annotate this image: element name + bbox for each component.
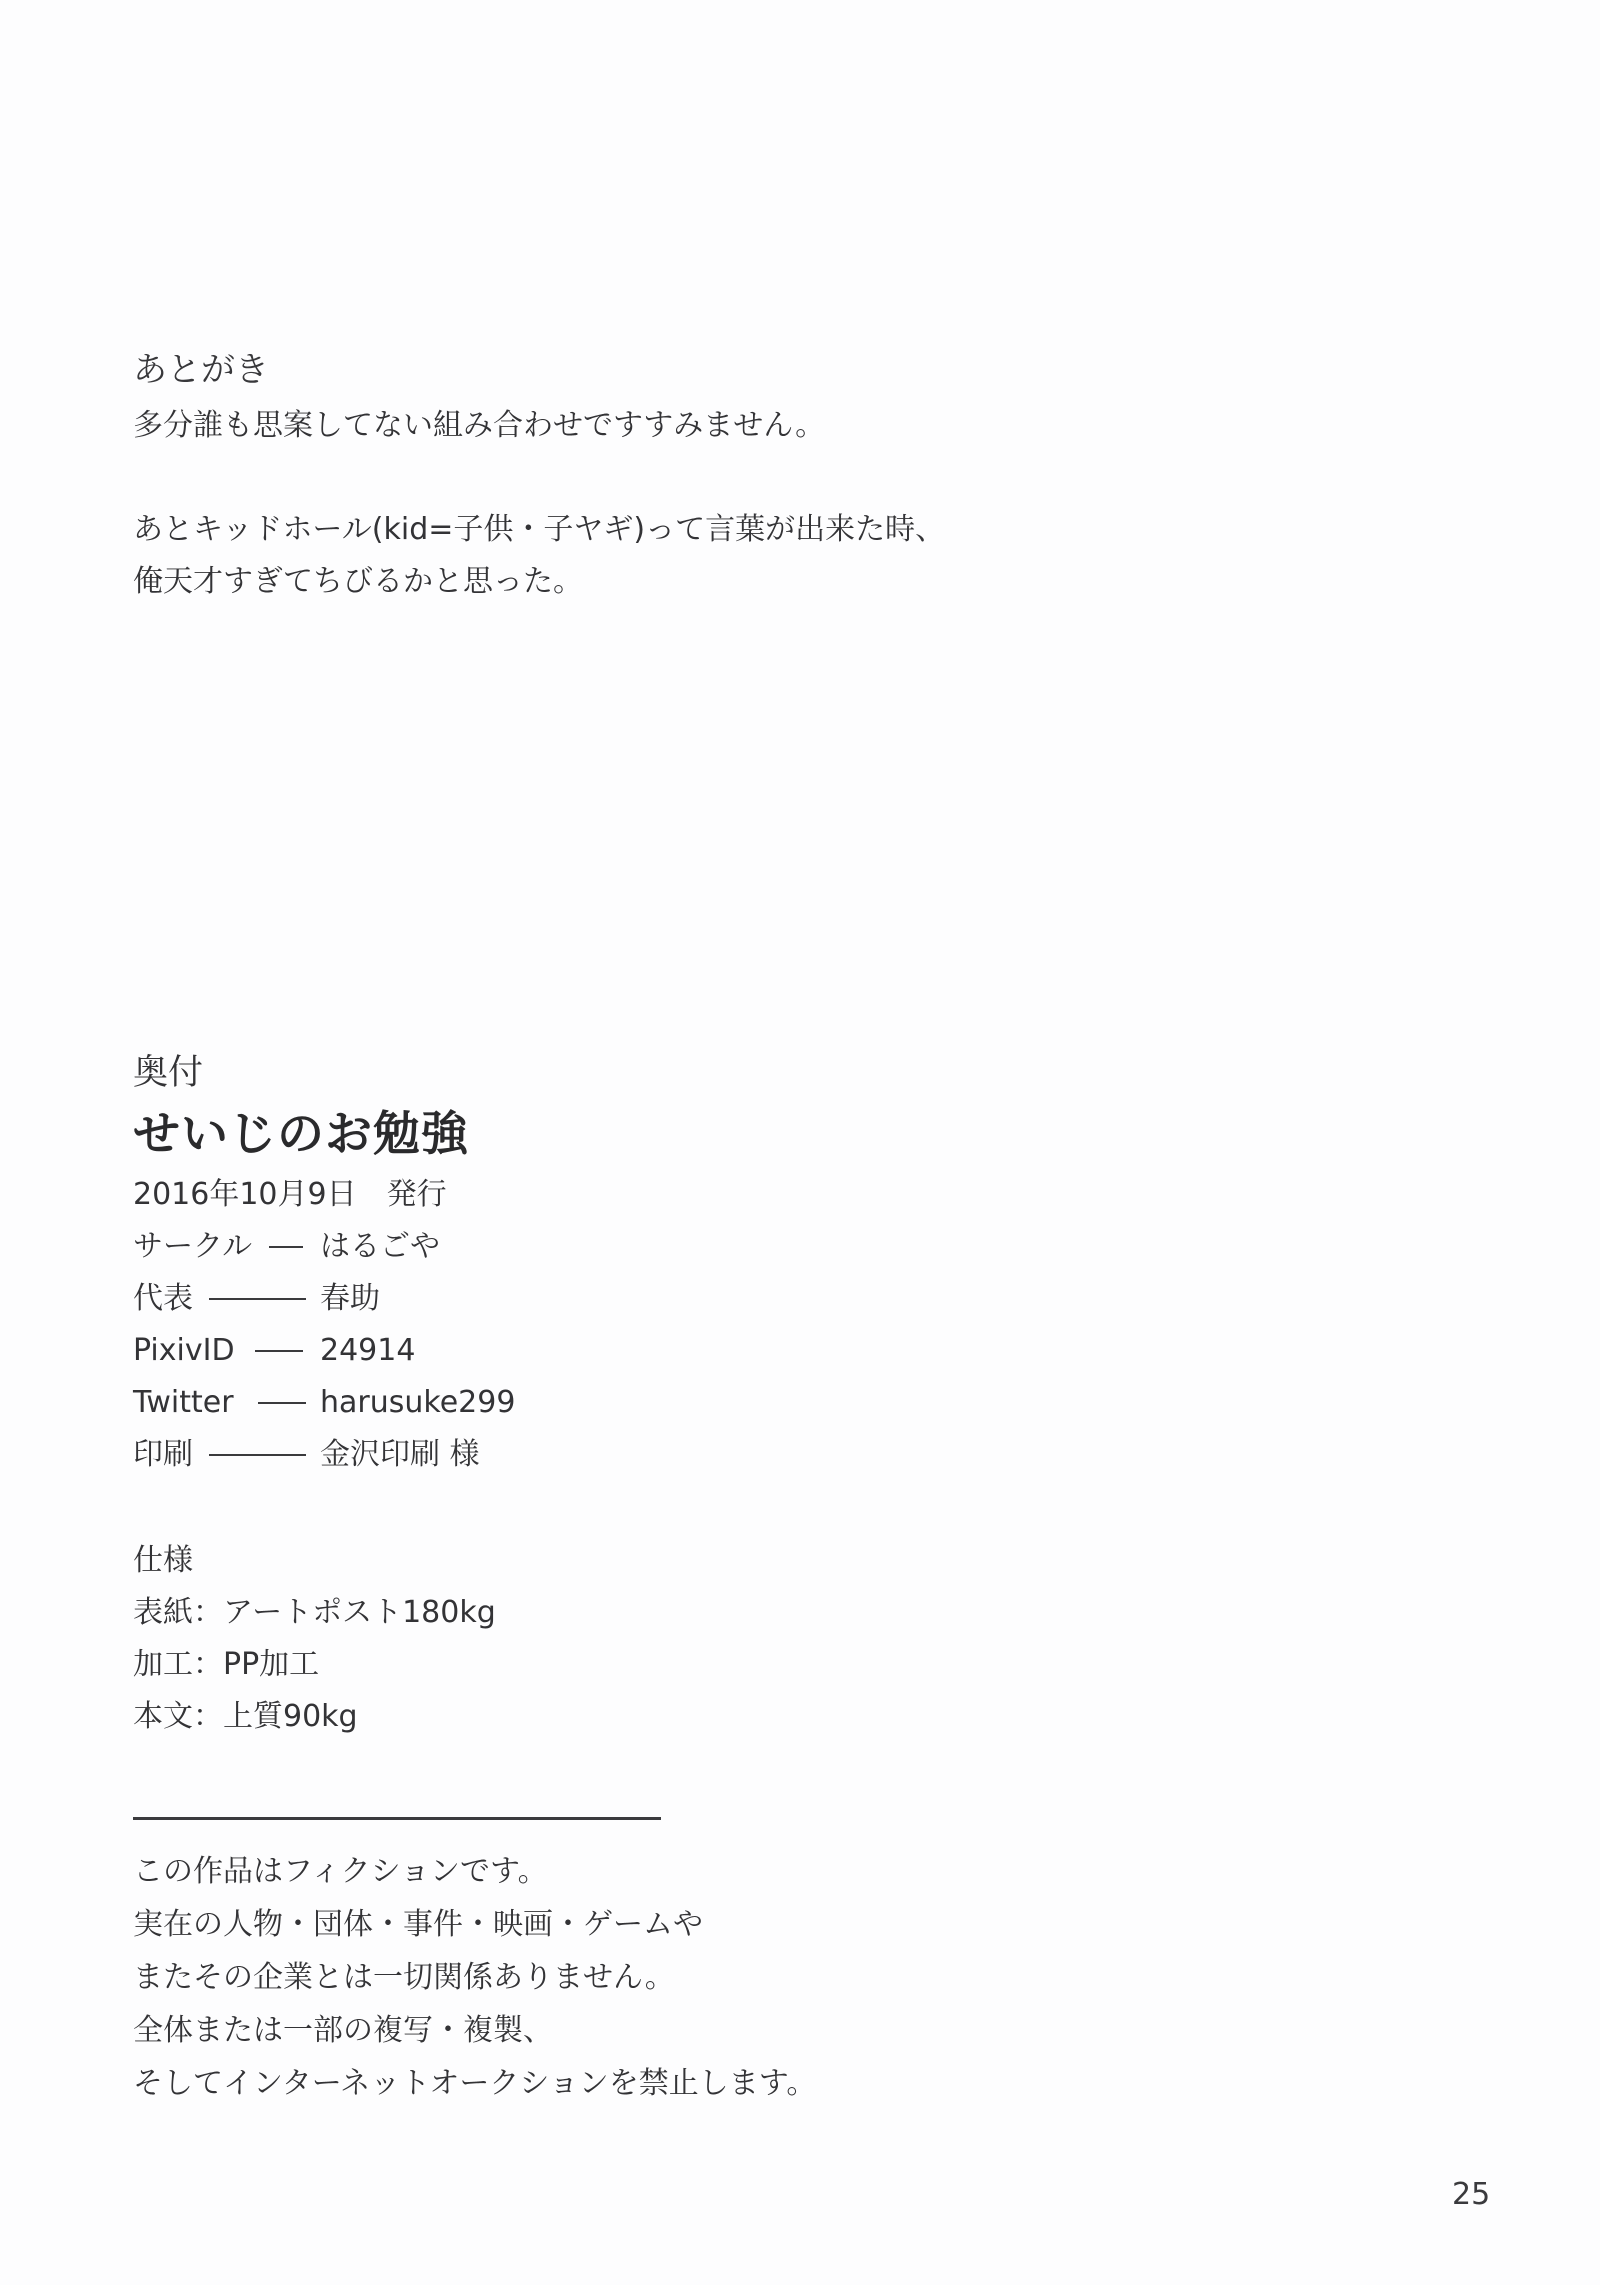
disclaimer-line-1: この作品はフィクションです。 bbox=[133, 1845, 816, 1898]
afterword-paragraph-2-line-2: 俺天才すぎてちびるかと思った。 bbox=[133, 556, 945, 608]
spec-cover: 表紙：アートポスト180kg bbox=[133, 1587, 496, 1639]
entry-value: はるごや bbox=[320, 1221, 440, 1273]
colophon-entry-twitter: Twitter harusuke299 bbox=[133, 1377, 469, 1429]
entry-value: 24914 bbox=[320, 1325, 415, 1377]
section-divider bbox=[133, 1817, 661, 1820]
disclaimer-section: この作品はフィクションです。 実在の人物・団体・事件・映画・ゲームや またその企… bbox=[133, 1845, 816, 2110]
entry-label: Twitter bbox=[133, 1377, 234, 1429]
afterword-section: あとがき 多分誰も思案してない組み合わせですすみません。 あとキッドホール(ki… bbox=[133, 340, 945, 608]
entry-value: harusuke299 bbox=[320, 1377, 515, 1429]
page-number: 25 bbox=[1452, 2177, 1490, 2213]
specs-section: 仕様 表紙：アートポスト180kg 加工：PP加工 本文：上質90kg bbox=[133, 1535, 496, 1743]
dash-rule bbox=[269, 1246, 303, 1248]
disclaimer-line-4: 全体または一部の複写・複製、 bbox=[133, 2004, 816, 2057]
disclaimer-line-2: 実在の人物・団体・事件・映画・ゲームや bbox=[133, 1898, 816, 1951]
specs-heading: 仕様 bbox=[133, 1535, 496, 1587]
spec-body-paper: 本文：上質90kg bbox=[133, 1691, 496, 1743]
colophon-entry-printer: 印刷 金沢印刷 様 bbox=[133, 1429, 469, 1481]
book-title: せいじのお勉強 bbox=[133, 1101, 469, 1169]
entry-value: 春助 bbox=[320, 1273, 380, 1325]
paragraph-gap bbox=[133, 452, 945, 504]
entry-label: PixivID bbox=[133, 1325, 235, 1377]
colophon-heading: 奥付 bbox=[133, 1045, 469, 1101]
publication-date: 2016年10月9日 発行 bbox=[133, 1169, 469, 1221]
dash-rule bbox=[255, 1350, 303, 1352]
dash-rule bbox=[209, 1298, 306, 1300]
afterword-paragraph-2-line-1: あとキッドホール(kid=子供・子ヤギ)って言葉が出来た時、 bbox=[133, 504, 945, 556]
entry-label: サークル bbox=[133, 1221, 252, 1273]
colophon-section: 奥付 せいじのお勉強 2016年10月9日 発行 サークル はるごや 代表 春助… bbox=[133, 1045, 469, 1481]
document-page: あとがき 多分誰も思案してない組み合わせですすみません。 あとキッドホール(ki… bbox=[0, 0, 1600, 2285]
dash-rule bbox=[258, 1402, 306, 1404]
entry-label: 代表 bbox=[133, 1273, 193, 1325]
entry-label: 印刷 bbox=[133, 1429, 193, 1481]
disclaimer-line-5: そしてインターネットオークションを禁止します。 bbox=[133, 2057, 816, 2110]
colophon-entry-representative: 代表 春助 bbox=[133, 1273, 469, 1325]
disclaimer-line-3: またその企業とは一切関係ありません。 bbox=[133, 1951, 816, 2004]
colophon-entry-circle: サークル はるごや bbox=[133, 1221, 469, 1273]
spec-finish: 加工：PP加工 bbox=[133, 1639, 496, 1691]
afterword-paragraph-1-line-1: 多分誰も思案してない組み合わせですすみません。 bbox=[133, 400, 945, 452]
afterword-heading: あとがき bbox=[133, 340, 945, 400]
entry-value: 金沢印刷 様 bbox=[320, 1429, 480, 1481]
colophon-entry-pixiv: PixivID 24914 bbox=[133, 1325, 469, 1377]
dash-rule bbox=[209, 1454, 306, 1456]
